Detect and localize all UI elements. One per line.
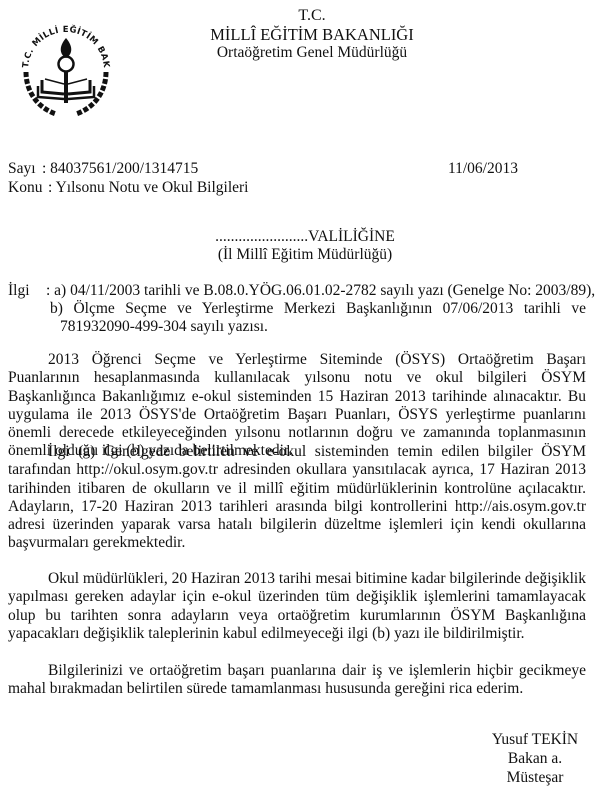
konu-value: : Yılsonu Notu ve Okul Bilgileri: [48, 179, 249, 196]
body-paragraph: Okul müdürlükleri, 20 Haziran 2013 tarih…: [8, 570, 586, 643]
ilgi-label: İlgi: [8, 282, 46, 300]
konu-label: Konu: [8, 179, 48, 197]
subject-row: Konu: Yılsonu Notu ve Okul Bilgileri: [8, 179, 249, 197]
reference-a: İlgi: a) 04/11/2003 tarihli ve B.08.0.YÖ…: [8, 282, 588, 300]
reference-b-line2: 781932090-499-304 sayılı yazısı.: [60, 318, 600, 336]
header-ministry: MİLLÎ EĞİTİM BAKANLIĞI: [12, 25, 600, 45]
body-paragraph: Bilgilerinizi ve ortaöğretim başarı puan…: [8, 662, 586, 699]
signature-block: Yusuf TEKİN Bakan a. Müsteşar: [480, 730, 590, 787]
header-tc: T.C.: [12, 7, 600, 25]
signatory-role: Bakan a.: [480, 749, 590, 768]
ilgi-a-text: : a) 04/11/2003 tarihli ve B.08.0.YÖG.06…: [46, 282, 595, 299]
addressee-line: ........................VALİLİĞİNE: [0, 228, 600, 246]
signatory-title: Müsteşar: [480, 768, 590, 787]
body-paragraph: İlgi (a) Genelgede belirtilen ve e-okul …: [8, 443, 586, 553]
addressee-subline: (İl Millî Eğitim Müdürlüğü): [0, 246, 600, 264]
document-date: 11/06/2013: [448, 160, 518, 178]
signatory-name: Yusuf TEKİN: [480, 730, 590, 749]
header-directorate: Ortaöğretim Genel Müdürlüğü: [12, 44, 600, 62]
sayi-value: : 84037561/200/1314715: [42, 160, 198, 177]
reference-number-row: Sayı: 84037561/200/1314715: [8, 160, 198, 178]
reference-b-line1: b) Ölçme Seçme ve Yerleştirme Merkezi Ba…: [50, 300, 586, 318]
